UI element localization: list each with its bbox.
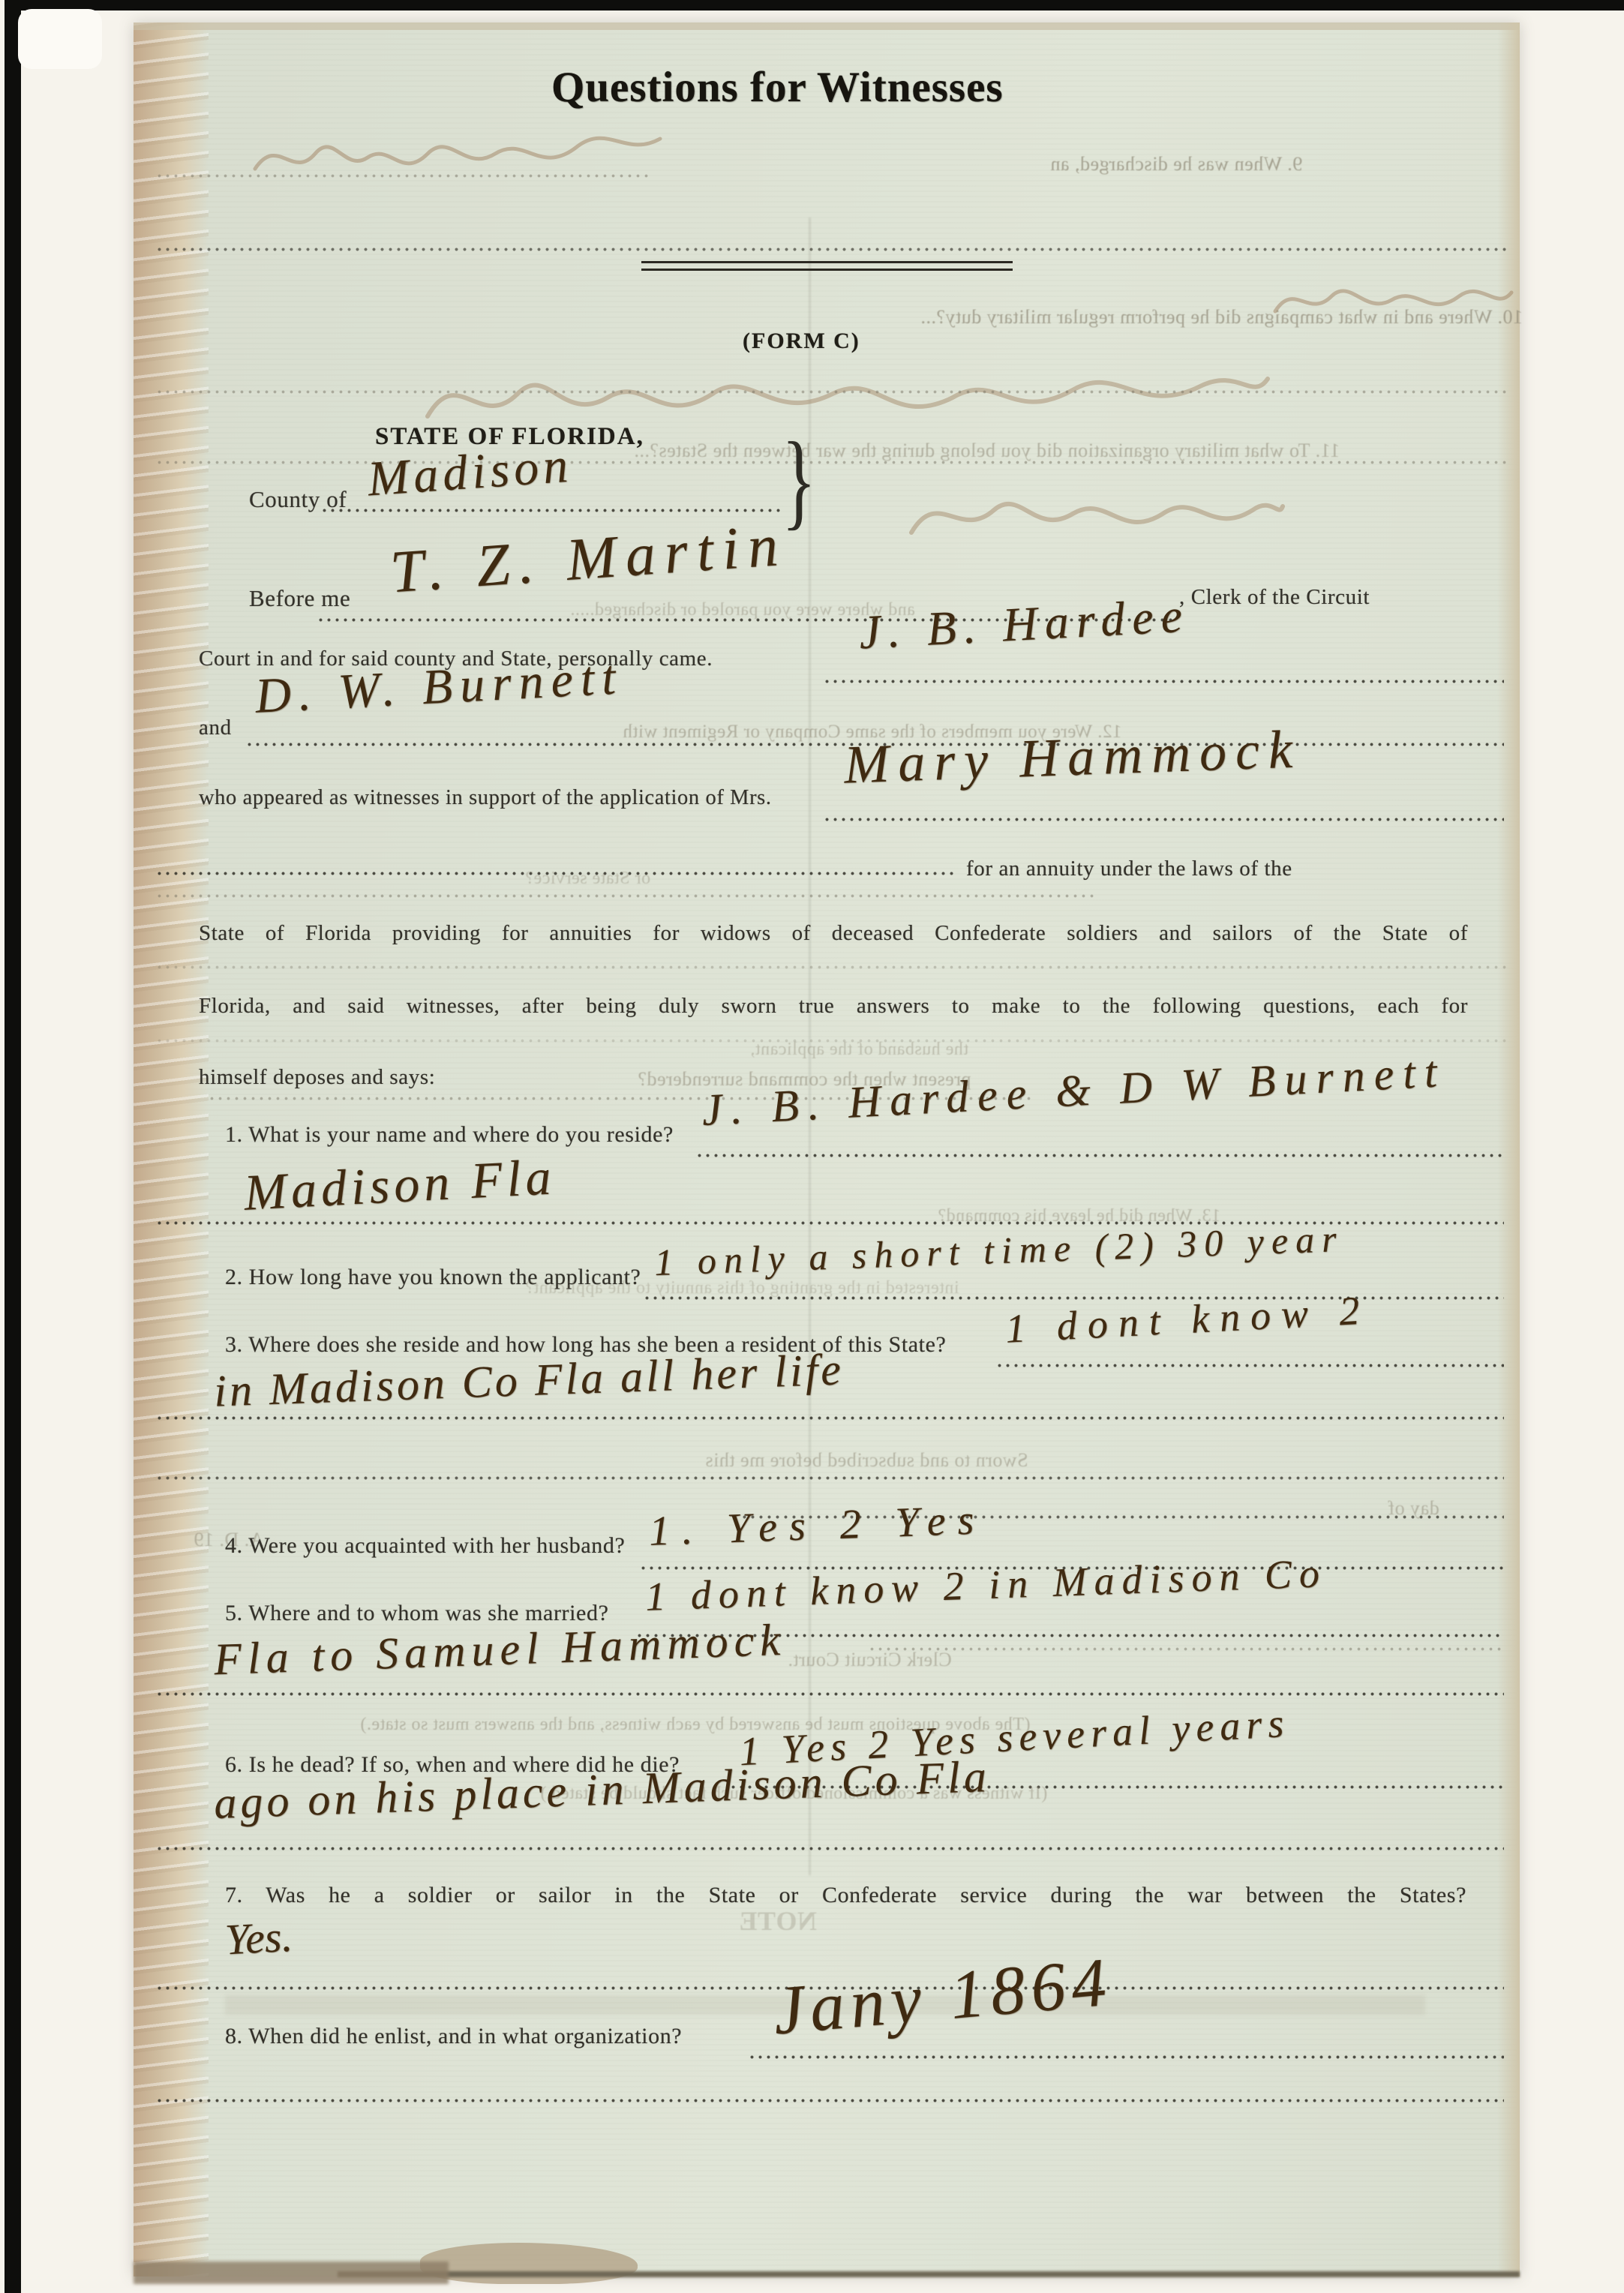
bleed-text-state-service: or State service?: [525, 869, 650, 889]
annuity-suffix: for an annuity under the laws of the: [966, 857, 1292, 881]
bleed-text: Clerk Circuit Court.: [788, 1649, 952, 1670]
and-label: and: [199, 716, 232, 740]
closing-brace: }: [782, 417, 816, 542]
dotted-rule: [158, 2099, 1504, 2102]
dotted-rule: [158, 248, 1508, 251]
answer-7-handwritten: Yes.: [224, 1911, 293, 1965]
dotted-rule: [825, 818, 1504, 821]
clerk-suffix-text: , Clerk of the Circuit: [1179, 585, 1370, 609]
and-label-text: and: [199, 716, 232, 740]
bleed-handwriting-squiggle: [248, 113, 668, 188]
question-8-text: 8. When did he enlist, and in what organ…: [225, 2024, 682, 2048]
bleed-text-note-heading: NOTE: [739, 1905, 817, 1937]
dotted-rule: [158, 461, 1508, 464]
bleed-text-dayof: day of: [1388, 1497, 1439, 1520]
title-text: Questions for Witnesses: [551, 64, 1004, 111]
paper-top-edge: [134, 23, 1520, 30]
question-7-text: 7. Was he a soldier or sailor in the Sta…: [225, 1883, 1466, 1907]
bleed-text-granting: interested in the granting of this annui…: [525, 1278, 959, 1298]
brace-glyph: }: [782, 419, 816, 540]
bleed-text-clerk-court: Clerk Circuit Court.: [788, 1649, 952, 1671]
answer-7-value: Yes.: [224, 1912, 293, 1964]
bleed-handwriting-squiggle: [1268, 266, 1515, 326]
witnesses-line: who appeared as witnesses in support of …: [199, 786, 772, 810]
dotted-rule: [158, 1416, 1504, 1420]
question-4: 4. Were you acquainted with her husband?: [225, 1533, 625, 1559]
dotted-rule: [825, 680, 1504, 683]
question-4-text: 4. Were you acquainted with her husband?: [225, 1533, 625, 1558]
question-8: 8. When did he enlist, and in what organ…: [225, 2024, 682, 2049]
dotted-rule-faint: [870, 1647, 1504, 1651]
dotted-rule: [998, 1364, 1504, 1367]
bleed-handwriting-squiggle: [900, 465, 1290, 555]
bleed-text: NOTE: [739, 1906, 817, 1936]
dotted-rule-faint: [158, 965, 1508, 969]
bleed-text: 9. When was he discharged, an: [1050, 153, 1302, 175]
dotted-rule: [158, 1692, 1504, 1696]
paper-bottom-left-edge: [134, 2261, 449, 2284]
body-line2-text: State of Florida providing for annuities…: [199, 921, 1468, 945]
bleed-text-sworn: Sworn to and subscribed before me this: [705, 1449, 1028, 1472]
paper-right-edge: [1497, 23, 1520, 2276]
witnesses-line-text: who appeared as witnesses in support of …: [199, 786, 772, 809]
bleed-text-husband: the husband of the applicant,: [750, 1040, 968, 1060]
bleed-text: day of: [1388, 1497, 1439, 1519]
dotted-rule: [750, 2055, 1504, 2059]
page-title: Questions for Witnesses: [551, 63, 1004, 112]
before-me-label-text: Before me: [249, 585, 350, 611]
clerk-suffix: , Clerk of the Circuit: [1179, 585, 1370, 610]
bleed-text-q9: 9. When was he discharged, an: [1050, 153, 1302, 176]
scan-corner-notch: [18, 9, 102, 69]
body-line4-text: himself deposes and says:: [199, 1065, 435, 1089]
scanned-document-page: 9. When was he discharged, an Questions …: [0, 0, 1624, 2293]
question-1: 1. What is your name and where do you re…: [225, 1122, 674, 1148]
dotted-rule: [158, 1847, 1504, 1850]
body-line4: himself deposes and says:: [199, 1065, 435, 1090]
scan-edge-left: [5, 0, 21, 2293]
question-7: 7. Was he a soldier or sailor in the Sta…: [225, 1883, 1466, 1908]
bleed-text: the husband of the applicant,: [750, 1040, 968, 1059]
dotted-rule: [698, 1154, 1504, 1157]
annuity-suffix-text: for an annuity under the laws of the: [966, 857, 1292, 881]
before-me-label: Before me: [249, 585, 350, 612]
body-line2: State of Florida providing for annuities…: [199, 921, 1468, 946]
bleed-text: or State service?: [525, 869, 650, 888]
dotted-rule-faint: [158, 894, 1095, 898]
bleed-text: interested in the granting of this annui…: [525, 1278, 959, 1298]
bleed-text-q11: 11. To what military organization did yo…: [634, 440, 1340, 462]
question-1-text: 1. What is your name and where do you re…: [225, 1122, 674, 1147]
bleed-text: Sworn to and subscribed before me this: [705, 1449, 1028, 1471]
taped-binding-edge: [134, 23, 209, 2276]
paper-bottom-edge: [338, 2271, 1520, 2277]
dotted-rule: [158, 1476, 1504, 1480]
dotted-rule: [158, 390, 1508, 394]
double-rule: [641, 261, 1013, 271]
body-line3-text: Florida, and said witnesses, after being…: [199, 994, 1468, 1018]
body-line3: Florida, and said witnesses, after being…: [199, 994, 1468, 1019]
bleed-text: 11. To what military organization did yo…: [634, 440, 1340, 461]
scan-edge-top: [21, 0, 1624, 11]
dotted-rule: [323, 509, 784, 512]
